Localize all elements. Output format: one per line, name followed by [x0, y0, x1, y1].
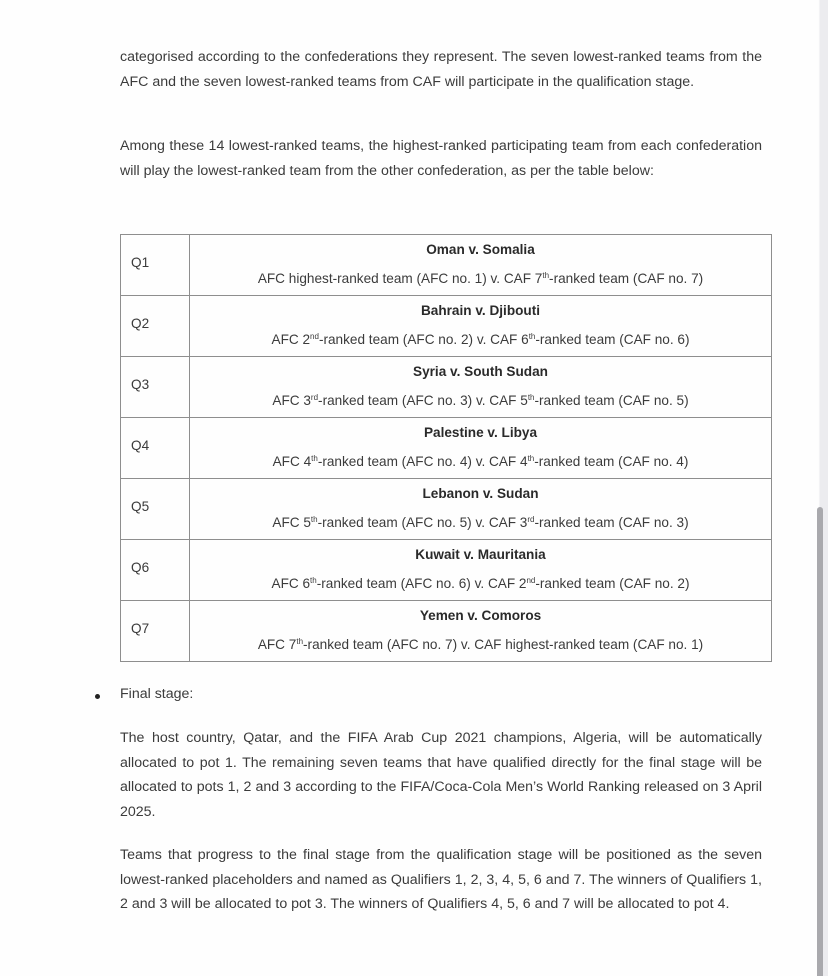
match-seeding-detail: AFC 5th-ranked team (AFC no. 5) v. CAF 3…: [190, 513, 771, 533]
match-seeding-detail: AFC 3rd-ranked team (AFC no. 3) v. CAF 5…: [190, 391, 771, 411]
match-cell: Lebanon v. SudanAFC 5th-ranked team (AFC…: [190, 479, 772, 540]
qualifier-id: Q2: [121, 296, 190, 357]
table-row: Q3Syria v. South SudanAFC 3rd-ranked tea…: [121, 357, 772, 418]
match-title: Bahrain v. Djibouti: [190, 300, 771, 322]
qualifier-id: Q1: [121, 235, 190, 296]
match-cell: Palestine v. LibyaAFC 4th-ranked team (A…: [190, 418, 772, 479]
table-row: Q4Palestine v. LibyaAFC 4th-ranked team …: [121, 418, 772, 479]
table-row: Q2Bahrain v. DjiboutiAFC 2nd-ranked team…: [121, 296, 772, 357]
match-seeding-detail: AFC highest-ranked team (AFC no. 1) v. C…: [190, 269, 771, 289]
bullet-label: Final stage:: [120, 686, 193, 702]
match-title: Oman v. Somalia: [190, 239, 771, 261]
paragraph-lowest-ranked: Among these 14 lowest-ranked teams, the …: [120, 134, 762, 183]
match-seeding-detail: AFC 6th-ranked team (AFC no. 6) v. CAF 2…: [190, 574, 771, 594]
table-row: Q1Oman v. SomaliaAFC highest-ranked team…: [121, 235, 772, 296]
document-page: categorised according to the confederati…: [0, 0, 818, 976]
match-title: Lebanon v. Sudan: [190, 483, 771, 505]
match-title: Palestine v. Libya: [190, 422, 771, 444]
qualifier-id: Q4: [121, 418, 190, 479]
match-cell: Kuwait v. MauritaniaAFC 6th-ranked team …: [190, 540, 772, 601]
table-row: Q6Kuwait v. MauritaniaAFC 6th-ranked tea…: [121, 540, 772, 601]
match-seeding-detail: AFC 4th-ranked team (AFC no. 4) v. CAF 4…: [190, 452, 771, 472]
match-cell: Syria v. South SudanAFC 3rd-ranked team …: [190, 357, 772, 418]
qualifier-id: Q3: [121, 357, 190, 418]
paragraph-final-stage-pots: The host country, Qatar, and the FIFA Ar…: [120, 726, 762, 824]
match-title: Yemen v. Comoros: [190, 605, 771, 627]
table-row: Q7Yemen v. ComorosAFC 7th-ranked team (A…: [121, 601, 772, 662]
match-title: Syria v. South Sudan: [190, 361, 771, 383]
match-seeding-detail: AFC 7th-ranked team (AFC no. 7) v. CAF h…: [190, 635, 771, 655]
match-cell: Bahrain v. DjiboutiAFC 2nd-ranked team (…: [190, 296, 772, 357]
qualifier-id: Q6: [121, 540, 190, 601]
table-row: Q5Lebanon v. SudanAFC 5th-ranked team (A…: [121, 479, 772, 540]
bullet-icon: [95, 694, 100, 699]
paragraph-qualifiers: Teams that progress to the final stage f…: [120, 843, 762, 917]
scrollbar-thumb[interactable]: [817, 507, 823, 976]
qualifier-id: Q7: [121, 601, 190, 662]
qualification-draw-table: Q1Oman v. SomaliaAFC highest-ranked team…: [120, 234, 772, 662]
match-cell: Yemen v. ComorosAFC 7th-ranked team (AFC…: [190, 601, 772, 662]
match-seeding-detail: AFC 2nd-ranked team (AFC no. 2) v. CAF 6…: [190, 330, 771, 350]
match-cell: Oman v. SomaliaAFC highest-ranked team (…: [190, 235, 772, 296]
qualifier-id: Q5: [121, 479, 190, 540]
paragraph-confederations: categorised according to the confederati…: [120, 45, 762, 94]
match-title: Kuwait v. Mauritania: [190, 544, 771, 566]
